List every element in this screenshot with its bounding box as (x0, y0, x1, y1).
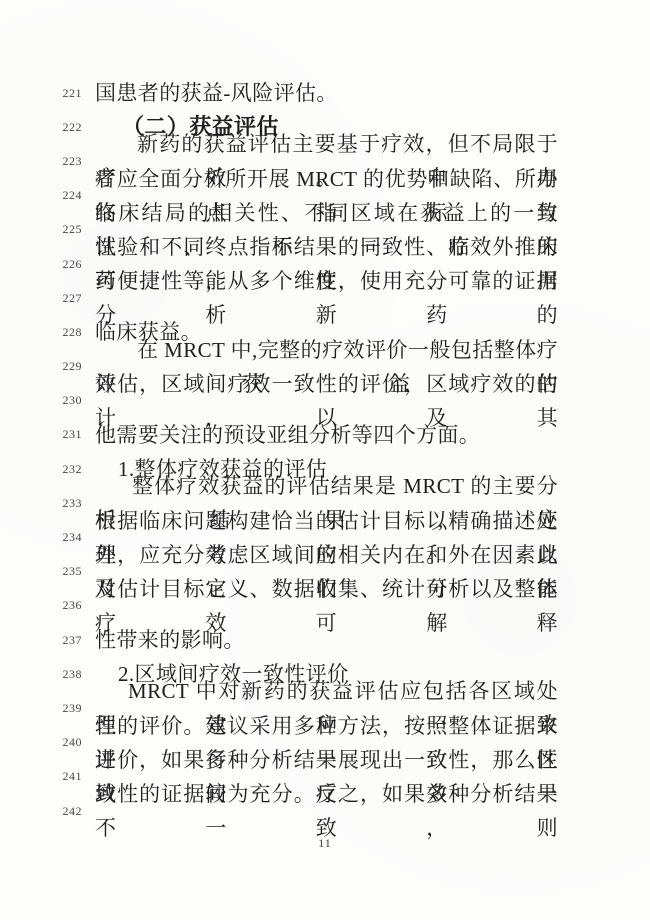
line-number: 222 (0, 120, 82, 135)
line-number: 221 (0, 86, 82, 101)
document-line: 236 对估计目标定义、数据收集、统计分析以及整体疗效可解释 (0, 589, 650, 623)
document-line: 242 致性的证据较为充分。反之，如果多种分析结果不一致，则 (0, 794, 650, 828)
document-line: 227 药便捷性等，从多个维度，使用充分可靠的证据分析新药的 (0, 281, 650, 315)
line-number: 236 (0, 598, 82, 613)
line-number: 239 (0, 701, 82, 716)
line-number: 228 (0, 325, 82, 340)
line-number: 224 (0, 188, 82, 203)
document-line: 237 性带来的影响。 (0, 623, 650, 657)
line-number: 235 (0, 564, 82, 579)
line-number: 242 (0, 804, 82, 819)
line-number: 223 (0, 154, 82, 169)
document-body: 221 国患者的获益-风险评估。 222 （二）获益评估 223 新药的获益评估… (0, 76, 650, 828)
line-text: 性带来的影响。 (95, 623, 558, 657)
line-number: 240 (0, 735, 82, 750)
line-number: 241 (0, 769, 82, 784)
line-number: 230 (0, 393, 82, 408)
line-text: 国患者的获益-风险评估。 (95, 76, 558, 110)
line-number: 238 (0, 667, 82, 682)
line-number: 225 (0, 222, 82, 237)
line-number: 234 (0, 530, 82, 545)
line-number: 229 (0, 359, 82, 374)
line-number: 233 (0, 496, 82, 511)
line-number: 227 (0, 291, 82, 306)
page-number: 11 (0, 836, 650, 851)
line-text: 他需要关注的预设亚组分析等四个方面。 (95, 418, 558, 452)
document-line: 221 国患者的获益-风险评估。 (0, 76, 650, 110)
line-number: 232 (0, 462, 82, 477)
line-number: 237 (0, 633, 82, 648)
line-number: 226 (0, 257, 82, 272)
document-line: 231 他需要关注的预设亚组分析等四个方面。 (0, 418, 650, 452)
document-line: 230 评估，区域间疗效一致性的评价，区域疗效的估计，以及其 (0, 384, 650, 418)
line-number: 231 (0, 427, 82, 442)
line-text: 致性的证据较为充分。反之，如果多种分析结果不一致，则 (95, 777, 558, 845)
document-page: 221 国患者的获益-风险评估。 222 （二）获益评估 223 新药的获益评估… (0, 0, 650, 920)
